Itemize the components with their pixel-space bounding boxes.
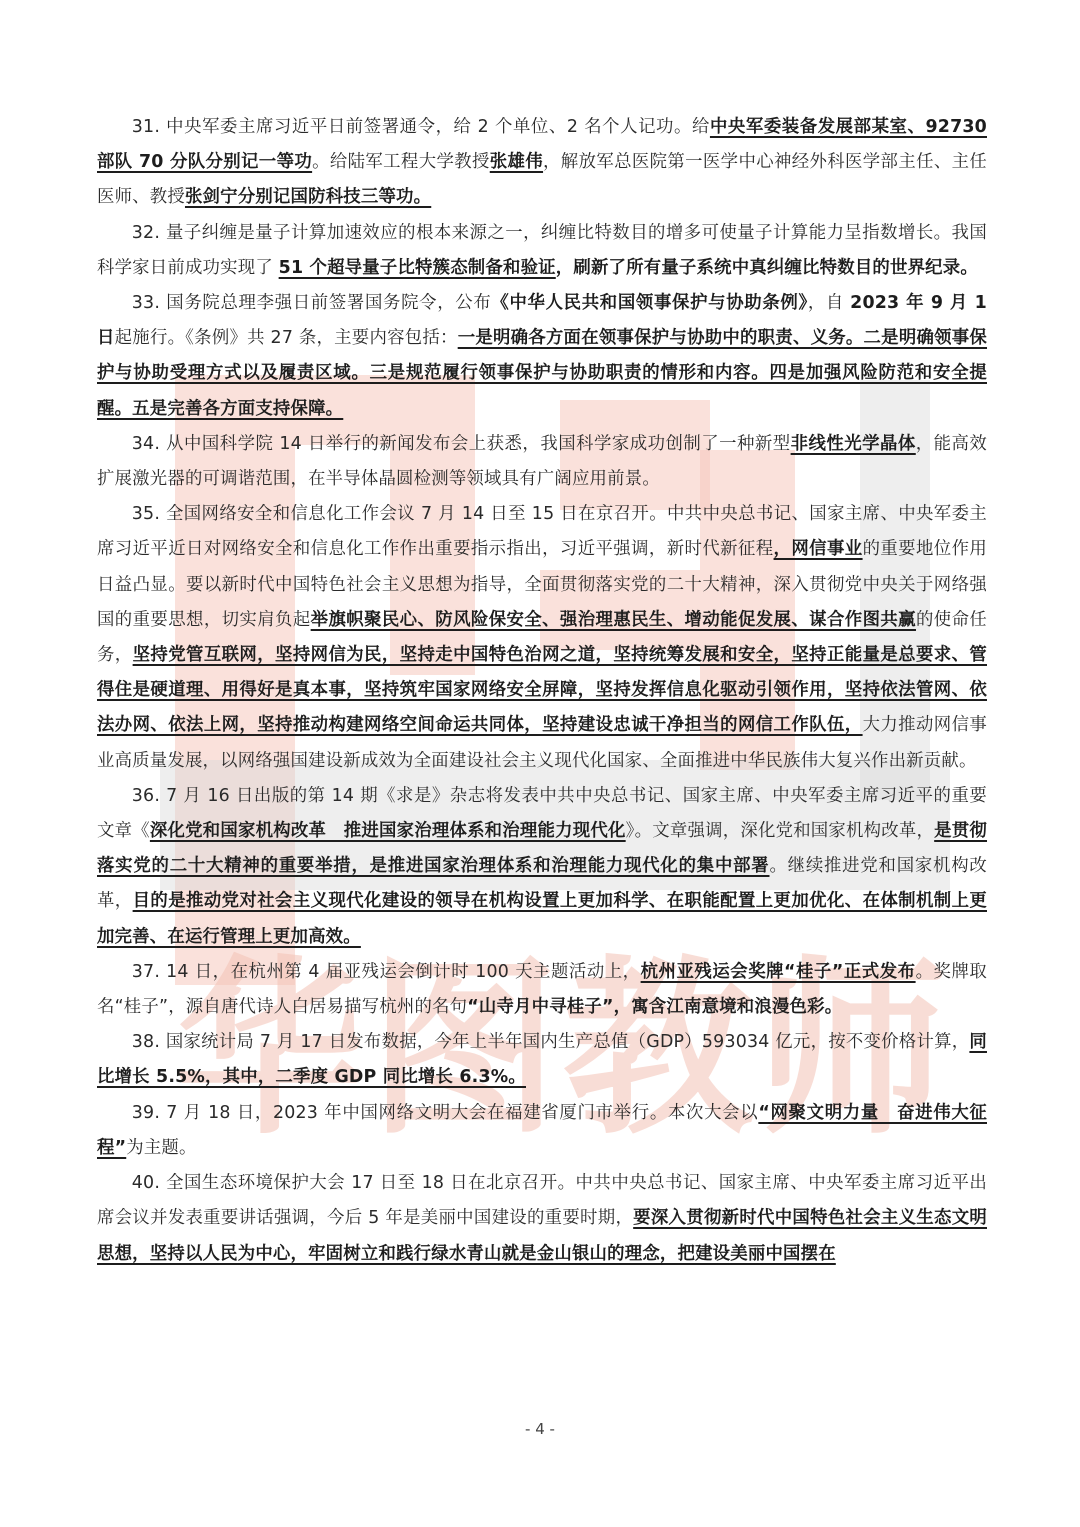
news-item: 31. 中央军委主席习近平日前签署通令，给 2 个单位、2 名个人记功。给中央军… [97,110,987,216]
body-text: 14 日，在杭州第 4 届亚残运会倒计时 100 天主题活动上， [166,962,640,982]
page-number: - 4 - [0,1420,1080,1438]
body-text: 中央军委主席习近平日前签署通令，给 2 个单位、2 名个人记功。给 [166,117,710,137]
item-number: 31. [132,117,166,137]
highlighted-text: 坚持党管互联网，坚持网信为民，坚持走中国特色治网之道，坚持统筹发展和安全，坚持正… [97,645,987,735]
item-number: 32. [132,223,166,243]
highlighted-text: 51 个超导量子比特簇态制备和验证 [279,258,556,278]
news-item: 37. 14 日，在杭州第 4 届亚残运会倒计时 100 天主题活动上，杭州亚残… [97,955,987,1025]
item-number: 33. [132,293,166,313]
document-page: 31. 中央军委主席习近平日前签署通令，给 2 个单位、2 名个人记功。给中央军… [97,110,987,1272]
highlighted-text: 非线性光学晶体 [791,434,916,454]
news-item: 38. 国家统计局 7 月 17 日发布数据，今年上半年国内生产总值（GDP）5… [97,1025,987,1095]
body-text: 》。文章强调，深化党和国家机构改革， [626,821,935,841]
highlighted-text: “山寺月中寻桂子”，寓含江南意境和浪漫色彩。 [467,997,842,1017]
item-number: 37. [132,962,166,982]
item-number: 40. [132,1173,166,1193]
body-text: 。给陆军工程大学教授 [312,152,490,172]
news-item: 32. 量子纠缠是量子计算加速效应的根本来源之一，纠缠比特数目的增多可使量子计算… [97,216,987,286]
highlighted-text: 杭州亚残运会奖牌“桂子”正式发布 [641,962,916,982]
body-text: 国家统计局 7 月 17 日发布数据，今年上半年国内生产总值（GDP）59303… [166,1032,970,1052]
news-item: 36. 7 月 16 日出版的第 14 期《求是》杂志将发表中共中央总书记、国家… [97,779,987,955]
item-number: 35. [132,504,166,524]
news-item: 40. 全国生态环境保护大会 17 日至 18 日在北京召开。中共中央总书记、国… [97,1166,987,1272]
news-item: 33. 国务院总理李强日前签署国务院令，公布《中华人民共和国领事保护与协助条例》… [97,286,987,427]
highlighted-text: 目的是推动党对社会主义现代化建设的领导在机构设置上更加科学、在职能配置上更加优化… [97,891,987,946]
news-item: 35. 全国网络安全和信息化工作会议 7 月 14 日至 15 日在京召开。中共… [97,497,987,779]
item-number: 39. [132,1103,166,1123]
body-text: 国务院总理李强日前签署国务院令，公布 [166,293,491,313]
highlighted-text: 张剑宁分别记国防科技三等功。 [185,187,431,207]
body-text: 7 月 18 日，2023 年中国网络文明大会在福建省厦门市举行。本次大会以 [166,1103,758,1123]
news-item: 39. 7 月 18 日，2023 年中国网络文明大会在福建省厦门市举行。本次大… [97,1096,987,1166]
body-text: 起施行。《条例》共 27 条，主要内容包括： [115,328,458,348]
highlighted-text: 深化党和国家机构改革 推进国家治理体系和治理能力现代化 [150,821,626,841]
highlighted-text: 举旗帜聚民心、防风险保安全、强治理惠民生、增动能促发展、谋合作图共赢 [311,610,916,630]
highlighted-text: ，刷新了所有量子系统中真纠缠比特数目的世界纪录。 [556,258,978,278]
news-item: 34. 从中国科学院 14 日举行的新闻发布会上获悉，我国科学家成功创制了一种新… [97,427,987,497]
item-number: 34. [132,434,166,454]
highlighted-text: ，网信事业 [774,539,863,559]
item-number: 36. [132,786,166,806]
body-text: 从中国科学院 14 日举行的新闻发布会上获悉，我国科学家成功创制了一种新型 [166,434,791,454]
body-text: 为主题。 [126,1138,196,1158]
highlighted-text: 《中华人民共和国领事保护与协助条例》 [491,293,807,313]
body-text: ，自 [808,293,850,313]
highlighted-text: 张雄伟 [490,152,543,172]
item-number: 38. [132,1032,166,1052]
